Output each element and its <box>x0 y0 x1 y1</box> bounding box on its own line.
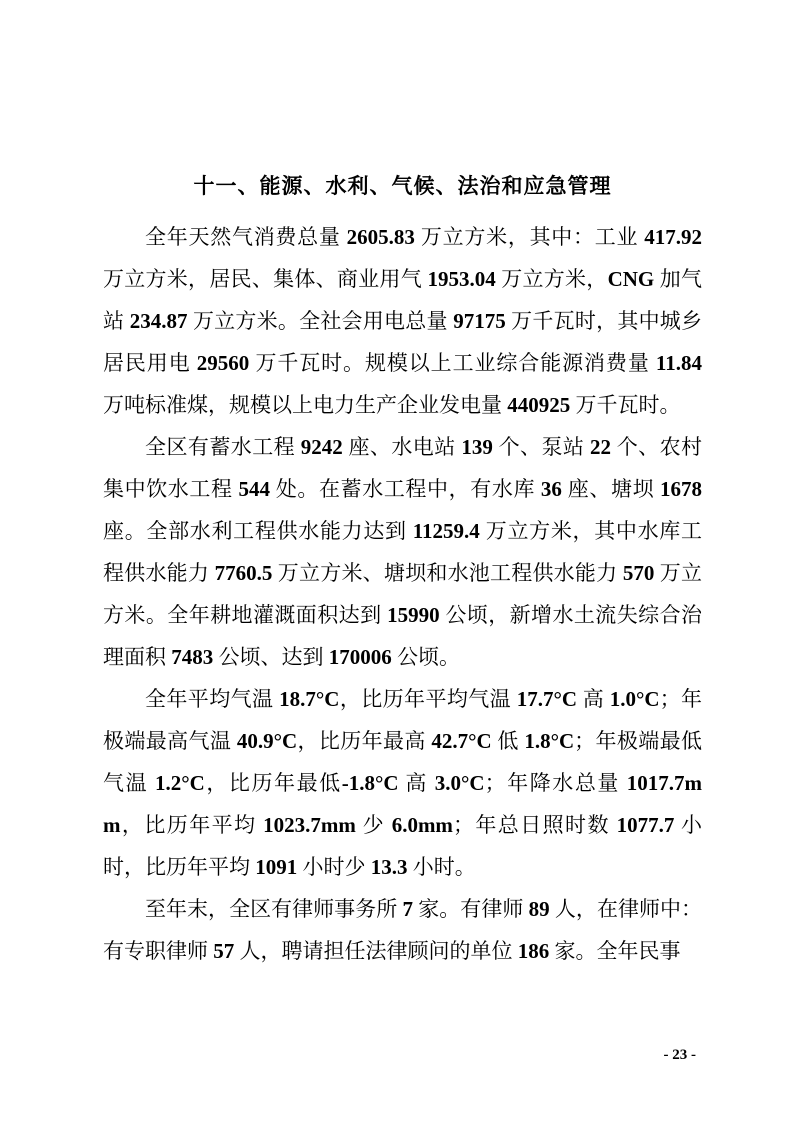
body-text: 座。全部水利工程供水能力达到 <box>103 519 413 543</box>
body-text: 家。全年民事 <box>549 939 680 963</box>
body-text: 低 <box>492 729 525 753</box>
document-body: 全年天然气消费总量 2605.83 万立方米，其中：工业 417.92 万立方米… <box>103 216 702 972</box>
statistic-value: 234.87 <box>130 309 188 333</box>
statistic-value: 1953.04 <box>427 267 495 291</box>
statistic-value: 1.8°C <box>524 729 574 753</box>
statistic-value: 1.0°C <box>610 687 660 711</box>
body-text: 万立方米。全社会用电总量 <box>187 309 453 333</box>
body-text: 处。在蓄水工程中，有水库 <box>270 477 541 501</box>
body-text: ，比历年平均气温 <box>339 687 516 711</box>
body-text: 万立方米，其中：工业 <box>415 225 644 249</box>
body-text: ；年总日照时数 <box>453 813 617 837</box>
body-paragraph: 全年平均气温 18.7°C，比历年平均气温 17.7°C 高 1.0°C；年极端… <box>103 678 702 888</box>
statistic-value: CNG <box>608 267 655 291</box>
body-text: 万立方米， <box>496 267 608 291</box>
body-text: ，比历年最高 <box>297 729 431 753</box>
statistic-value: 1077.7 <box>617 813 675 837</box>
body-text: ；年降水总量 <box>485 771 627 795</box>
body-paragraph: 全区有蓄水工程 9242 座、水电站 139 个、泵站 22 个、农村集中饮水工… <box>103 426 702 678</box>
statistic-value: 29560 <box>197 351 250 375</box>
body-text: 座、水电站 <box>343 435 462 459</box>
statistic-value: 11259.4 <box>413 519 480 543</box>
statistic-value: 42.7°C <box>431 729 491 753</box>
body-paragraph: 至年末，全区有律师事务所 7 家。有律师 89 人，在律师中：有专职律师 57 … <box>103 888 702 972</box>
statistic-value: 6.0mm <box>392 813 453 837</box>
statistic-value: 89 <box>529 897 550 921</box>
statistic-value: 417.92 <box>644 225 702 249</box>
body-text: 万千瓦时。规模以上工业综合能源消费量 <box>249 351 656 375</box>
statistic-value: 139 <box>461 435 493 459</box>
statistic-value: 15990 <box>387 603 440 627</box>
body-text: 少 <box>356 813 392 837</box>
document-page: 十一、能源、水利、气候、法治和应急管理 全年天然气消费总量 2605.83 万立… <box>0 0 794 1123</box>
body-text: 座、塘坝 <box>562 477 660 501</box>
body-text: ，比历年最低 <box>205 771 342 795</box>
body-text: 至年末，全区有律师事务所 <box>145 897 403 921</box>
body-text: 全区有蓄水工程 <box>145 435 301 459</box>
body-text: 全年天然气消费总量 <box>145 225 347 249</box>
statistic-value: 186 <box>518 939 550 963</box>
statistic-value: 57 <box>213 939 234 963</box>
body-text: 人，聘请担任法律顾问的单位 <box>234 939 518 963</box>
body-text: 小时少 <box>297 855 371 879</box>
statistic-value: 170006 <box>329 645 392 669</box>
section-title: 十一、能源、水利、气候、法治和应急管理 <box>103 166 702 208</box>
body-paragraph: 全年天然气消费总量 2605.83 万立方米，其中：工业 417.92 万立方米… <box>103 216 702 426</box>
body-text: 公顷、达到 <box>213 645 329 669</box>
page-number: - 23 - <box>664 1044 697 1066</box>
body-text: 万千瓦时。 <box>570 393 680 417</box>
statistic-value: 1.2°C <box>155 771 205 795</box>
statistic-value: 544 <box>238 477 270 501</box>
body-text: 高 <box>577 687 610 711</box>
statistic-value: 1678 <box>660 477 702 501</box>
statistic-value: 2605.83 <box>347 225 415 249</box>
body-text: 小时。 <box>408 855 476 879</box>
statistic-value: 36 <box>541 477 562 501</box>
body-text: 万吨标准煤，规模以上电力生产企业发电量 <box>103 393 507 417</box>
statistic-value: 1091 <box>255 855 297 879</box>
body-text: 高 <box>399 771 435 795</box>
document-content: 十一、能源、水利、气候、法治和应急管理 全年天然气消费总量 2605.83 万立… <box>103 166 702 972</box>
body-text: 个、泵站 <box>493 435 590 459</box>
body-text: 万立方米，居民、集体、商业用气 <box>103 267 427 291</box>
statistic-value: -1.8°C <box>342 771 399 795</box>
statistic-value: 9242 <box>301 435 343 459</box>
statistic-value: 22 <box>590 435 611 459</box>
statistic-value: 11.84 <box>656 351 702 375</box>
statistic-value: 97175 <box>453 309 506 333</box>
statistic-value: 7760.5 <box>215 561 273 585</box>
body-text: ，比历年平均 <box>121 813 264 837</box>
statistic-value: 570 <box>623 561 655 585</box>
body-text: 公顷。 <box>392 645 460 669</box>
body-text: 全年平均气温 <box>145 687 279 711</box>
statistic-value: 40.9°C <box>237 729 297 753</box>
statistic-value: 17.7°C <box>517 687 577 711</box>
body-text: 万立方米、塘坝和水池工程供水能力 <box>272 561 622 585</box>
statistic-value: 13.3 <box>371 855 408 879</box>
statistic-value: 7 <box>403 897 414 921</box>
statistic-value: 18.7°C <box>279 687 339 711</box>
statistic-value: 3.0°C <box>435 771 485 795</box>
statistic-value: 440925 <box>507 393 570 417</box>
body-text: 家。有律师 <box>413 897 529 921</box>
statistic-value: 7483 <box>171 645 213 669</box>
statistic-value: 1023.7mm <box>263 813 356 837</box>
